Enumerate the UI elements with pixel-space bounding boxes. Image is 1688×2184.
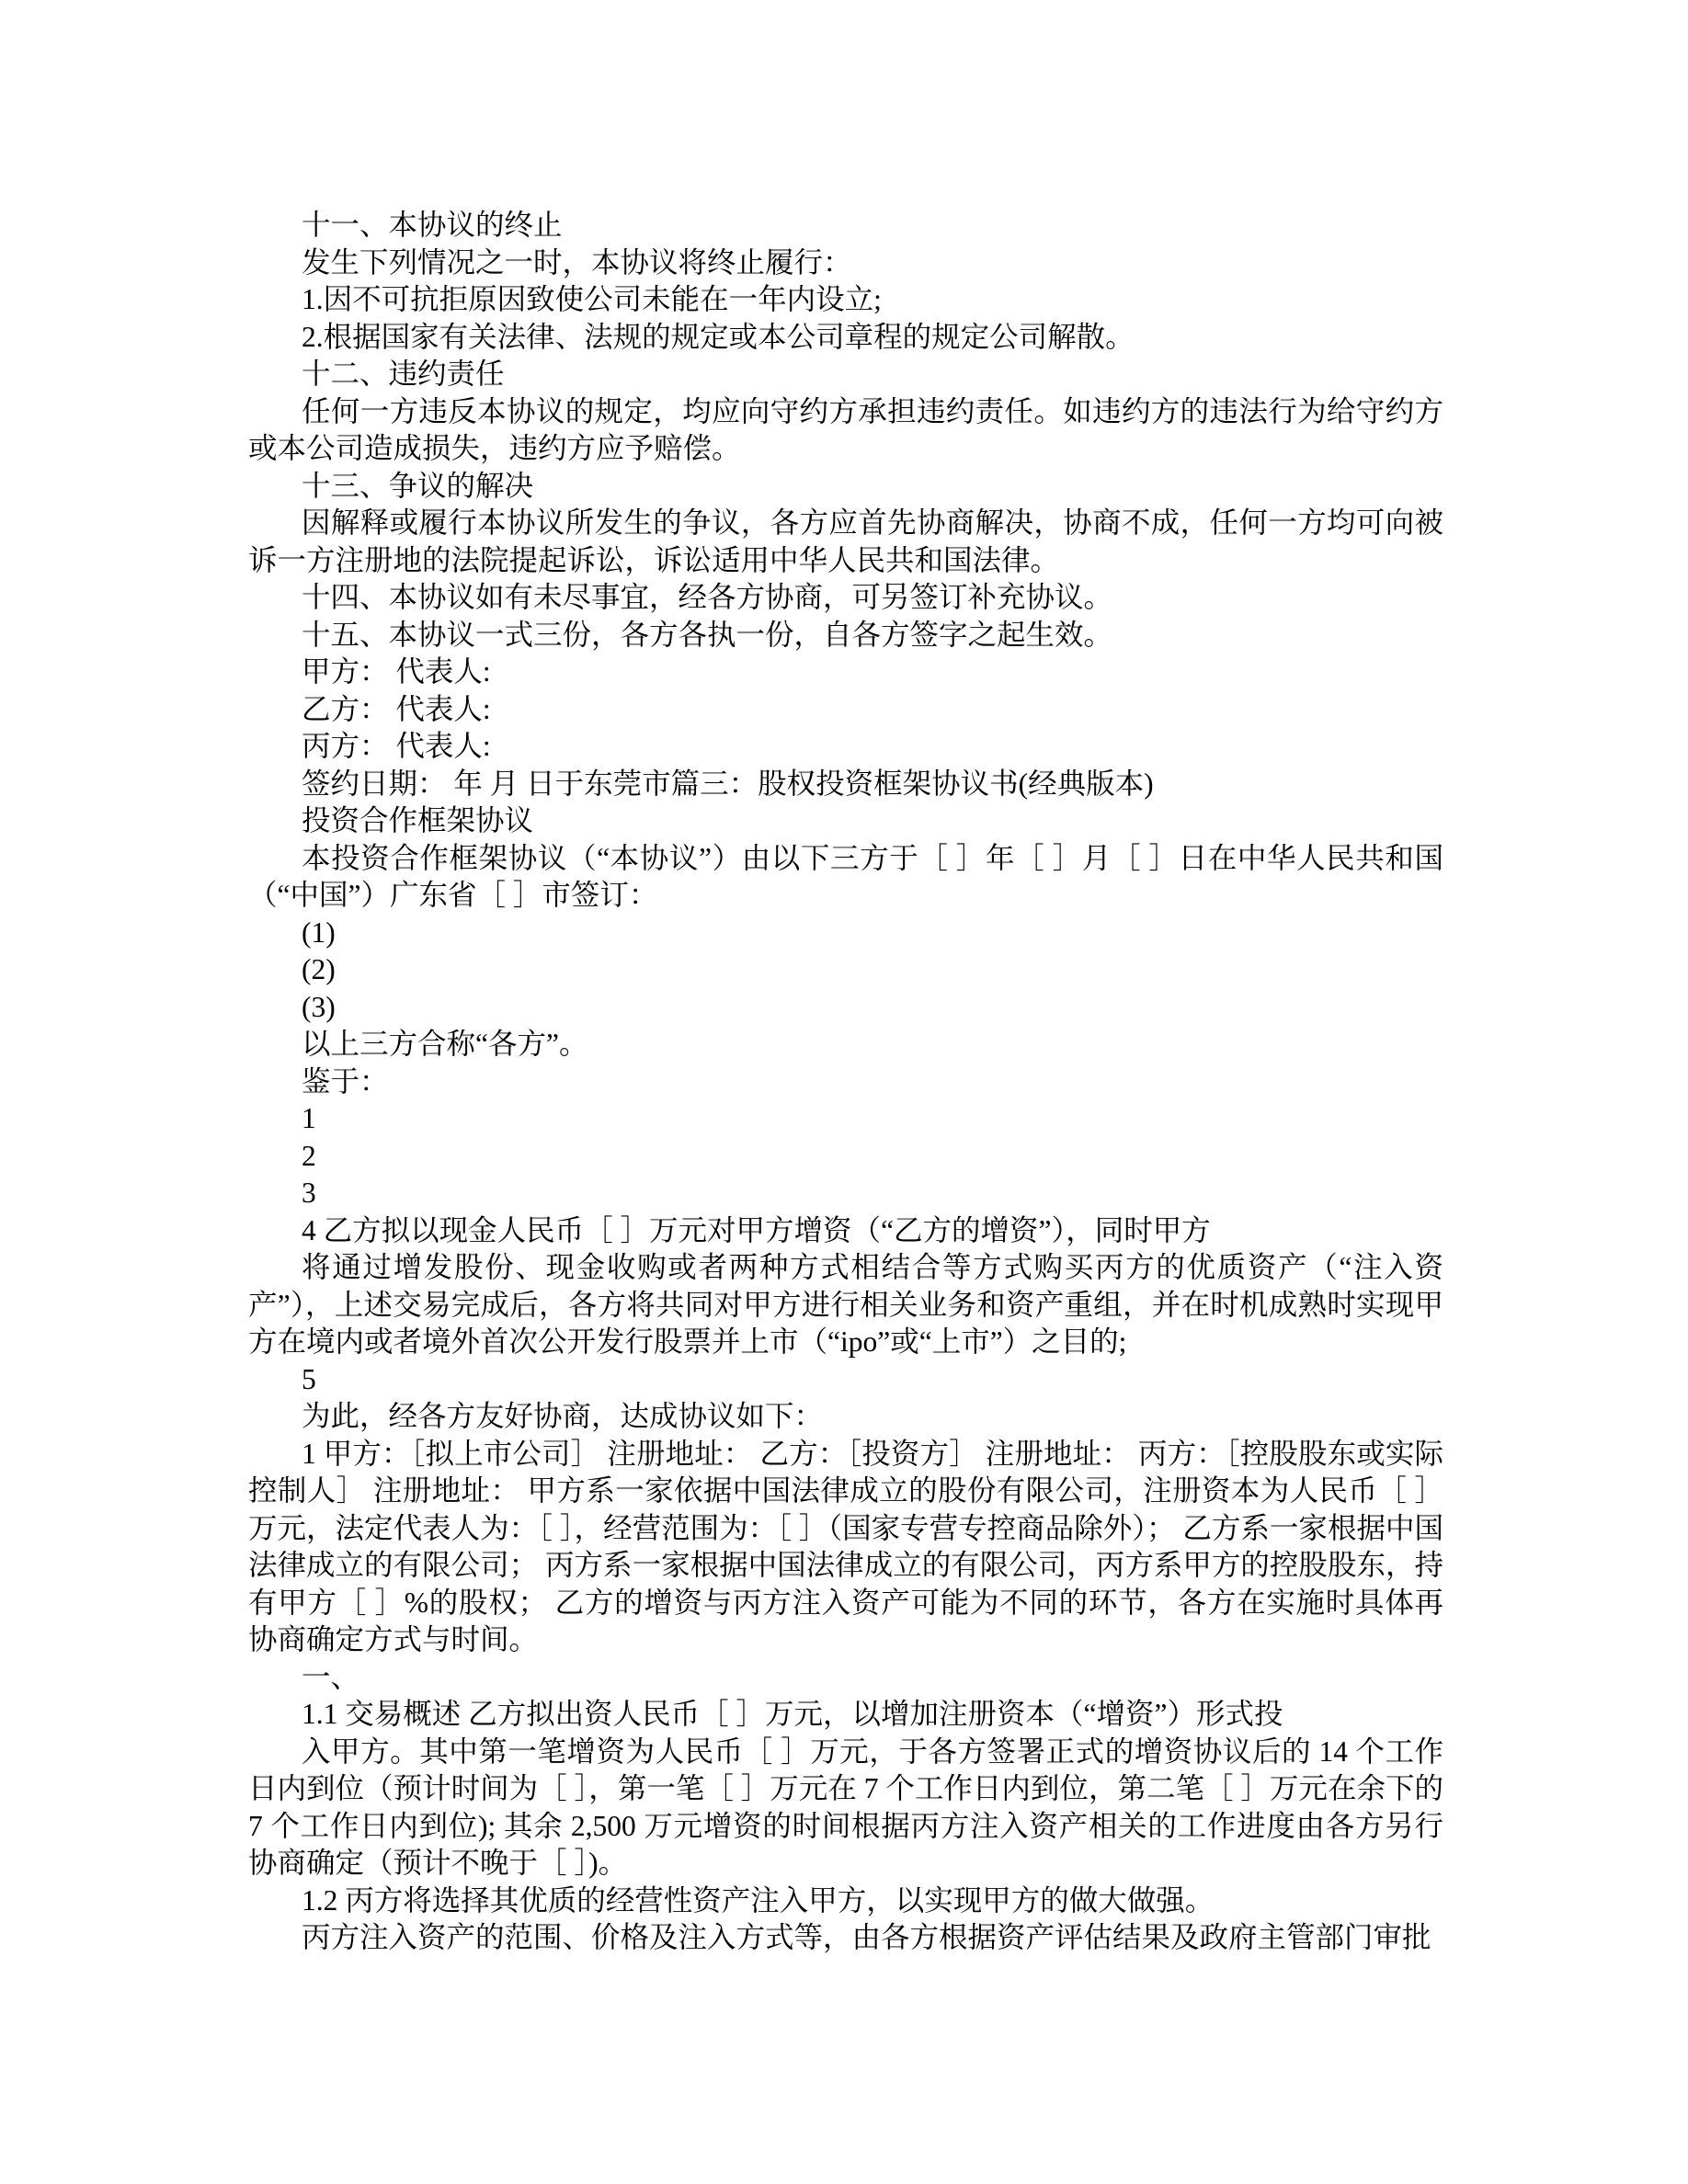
paragraph: 将通过增发股份、现金收购或者两种方式相结合等方式购买丙方的优质资产（“注入资产”… [248,1249,1443,1361]
paragraph: 任何一方违反本协议的规定，均应向守约方承担违约责任。如违约方的违法行为给守约方或… [248,393,1443,468]
paragraph: 签约日期： 年 月 日于东莞市篇三：股权投资框架协议书(经典版本) [248,766,1443,803]
paragraph: 为此，经各方友好协商，达成协议如下： [248,1398,1443,1436]
paragraph: 以上三方合称“各方”。 [248,1026,1443,1064]
paragraph: 投资合作框架协议 [248,802,1443,840]
paragraph: (3) [248,989,1443,1027]
paragraph: 2.根据国家有关法律、法规的规定或本公司章程的规定公司解散。 [248,319,1443,357]
paragraph: 十二、违约责任 [248,356,1443,393]
paragraph: (2) [248,951,1443,989]
paragraph: 乙方： 代表人: [248,691,1443,729]
paragraph: 鉴于： [248,1064,1443,1101]
paragraph: 一、 [248,1659,1443,1697]
paragraph: 1.1 交易概述 乙方拟出资人民币［ ］万元，以增加注册资本（“增资”）形式投 [248,1696,1443,1734]
paragraph: 5 [248,1361,1443,1399]
paragraph: 入甲方。其中第一笔增资为人民币［ ］万元，于各方签署正式的增资协议后的 14 个… [248,1734,1443,1883]
paragraph: 1 [248,1100,1443,1138]
document-body: 十一、本协议的终止发生下列情况之一时，本协议将终止履行：1.因不可抗拒原因致使公… [248,207,1443,1957]
paragraph: 1 甲方：［拟上市公司］ 注册地址： 乙方：［投资方］ 注册地址： 丙方：［控股… [248,1436,1443,1659]
paragraph: 十一、本协议的终止 [248,207,1443,245]
paragraph: 丙方注入资产的范围、价格及注入方式等，由各方根据资产评估结果及政府主管部门审批 [248,1919,1443,1957]
document-page: 十一、本协议的终止发生下列情况之一时，本协议将终止履行：1.因不可抗拒原因致使公… [0,0,1688,2184]
paragraph: 十四、本协议如有未尽事宜，经各方协商，可另签订补充协议。 [248,579,1443,617]
paragraph: 1.2 丙方将选择其优质的经营性资产注入甲方，以实现甲方的做大做强。 [248,1883,1443,1920]
paragraph: 本投资合作框架协议（“本协议”）由以下三方于［ ］年［ ］月［ ］日在中华人民共… [248,840,1443,915]
paragraph: (1) [248,915,1443,952]
paragraph: 发生下列情况之一时，本协议将终止履行： [248,245,1443,282]
paragraph: 十三、争议的解决 [248,468,1443,506]
paragraph: 因解释或履行本协议所发生的争议，各方应首先协商解决，协商不成，任何一方均可向被诉… [248,505,1443,579]
paragraph: 2 [248,1138,1443,1176]
paragraph: 4 乙方拟以现金人民币［ ］万元对甲方增资（“乙方的增资”），同时甲方 [248,1212,1443,1250]
paragraph: 甲方： 代表人: [248,654,1443,691]
paragraph: 十五、本协议一式三份，各方各执一份，自各方签字之起生效。 [248,617,1443,654]
paragraph: 1.因不可抗拒原因致使公司未能在一年内设立; [248,281,1443,319]
paragraph: 3 [248,1175,1443,1212]
paragraph: 丙方： 代表人: [248,728,1443,766]
